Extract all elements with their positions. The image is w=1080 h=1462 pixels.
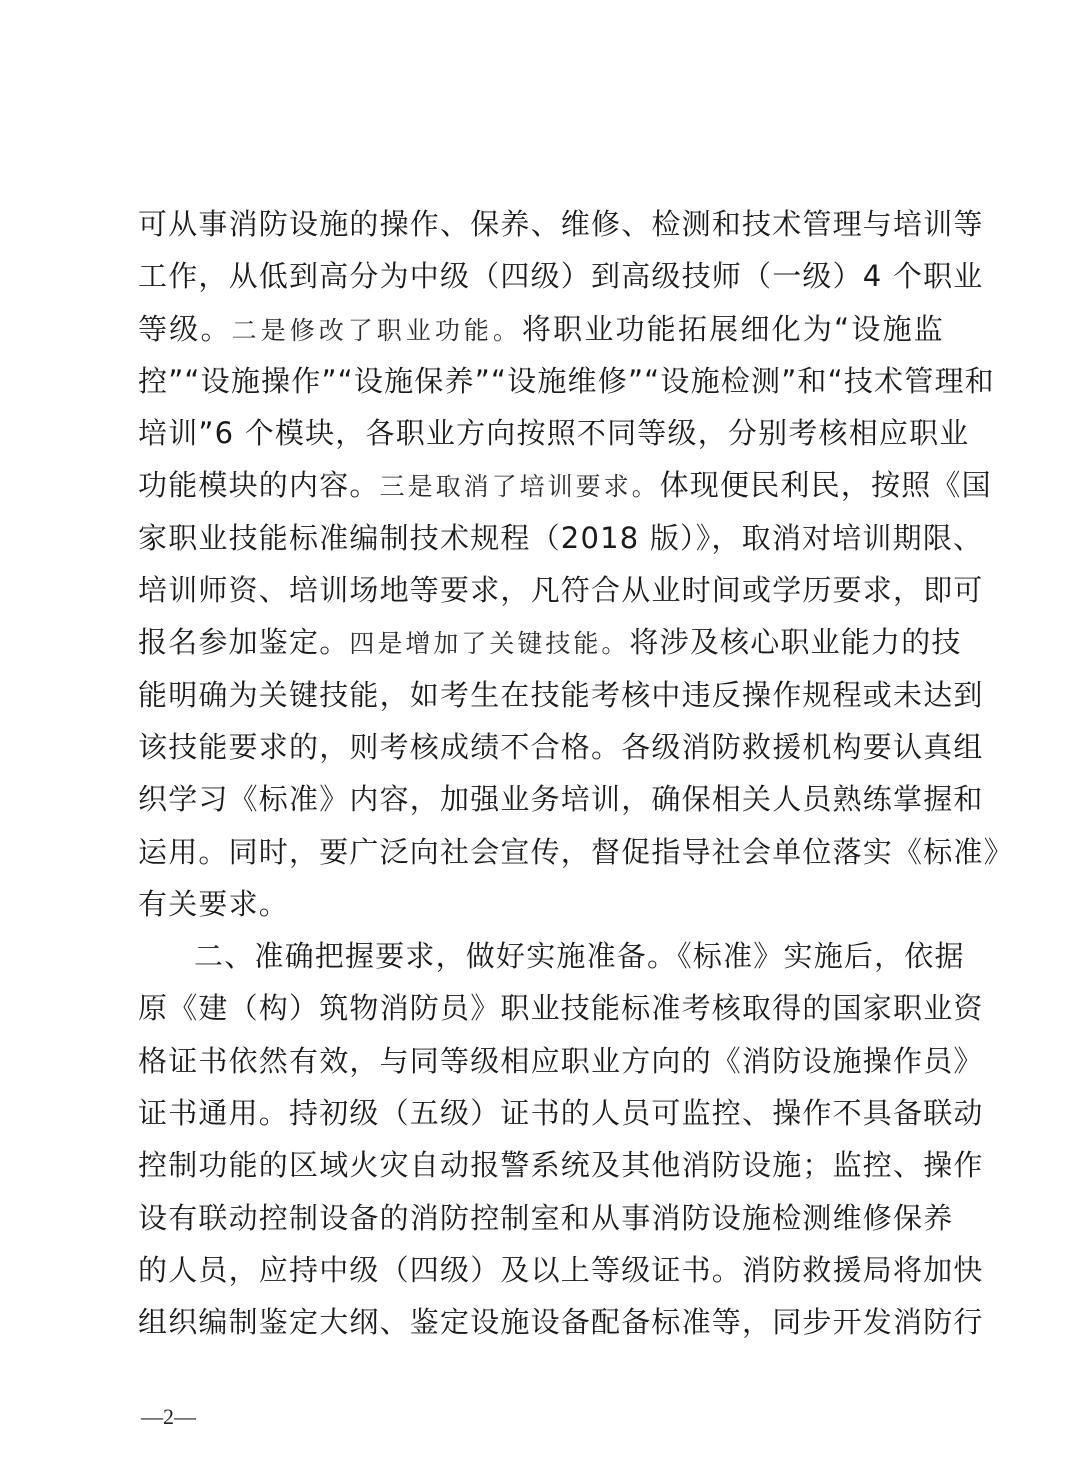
section-heading-line: 二、准确把握要求，做好实施准备。《标准》实施后，依据 — [138, 936, 944, 988]
text-line: 该技能要求的，则考核成绩不合格。各级消防救援机构要认真组 — [138, 727, 944, 779]
paragraph-1: 可从事消防设施的操作、保养、维修、检测和技术管理与培训等 工作，从低到高分为中级… — [138, 204, 944, 936]
paragraph-2: 二、准确把握要求，做好实施准备。《标准》实施后，依据 原《建（构）筑物消防员》职… — [138, 936, 944, 1354]
emphasis-heading: 二是修改了职业功能。 — [232, 316, 522, 345]
text-line: 功能模块的内容。三是取消了培训要求。体现便民利民，按照《国 — [138, 465, 944, 517]
text-line: 格证书依然有效，与同等级相应职业方向的《消防设施操作员》 — [138, 1041, 944, 1093]
text-line: 培训师资、培训场地等要求，凡符合从业时间或学历要求，即可 — [138, 570, 944, 622]
text-line: 原《建（构）筑物消防员》职业技能标准考核取得的国家职业资 — [138, 988, 944, 1040]
emphasis-heading: 四是增加了关键技能。 — [349, 629, 629, 658]
text-line: 控制功能的区域火灾自动报警系统及其他消防设施；监控、操作 — [138, 1145, 944, 1197]
text-line: 有关要求。 — [138, 884, 944, 936]
text-line: 等级。二是修改了职业功能。将职业功能拓展细化为“设施监 — [138, 309, 944, 361]
text-line: 能明确为关键技能，如考生在技能考核中违反操作规程或未达到 — [138, 675, 944, 727]
text-line: 工作，从低到高分为中级（四级）到高级技师（一级）4 个职业 — [138, 256, 944, 308]
text-line: 设有联动控制设备的消防控制室和从事消防设施检测维修保养 — [138, 1198, 944, 1250]
text-line: 控”“设施操作”“设施保养”“设施维修”“设施检测”和“技术管理和 — [138, 361, 944, 413]
text-line: 组织编制鉴定大纲、鉴定设施设备配备标准等，同步开发消防行 — [138, 1302, 944, 1354]
text-line: 运用。同时，要广泛向社会宣传，督促指导社会单位落实《标准》 — [138, 832, 944, 884]
text-line: 的人员，应持中级（四级）及以上等级证书。消防救援局将加快 — [138, 1250, 944, 1302]
text-line: 报名参加鉴定。四是增加了关键技能。将涉及核心职业能力的技 — [138, 622, 944, 674]
emphasis-heading: 三是取消了培训要求。 — [380, 472, 660, 501]
document-page: 可从事消防设施的操作、保养、维修、检测和技术管理与培训等 工作，从低到高分为中级… — [138, 204, 944, 1355]
text-line: 证书通用。持初级（五级）证书的人员可监控、操作不具备联动 — [138, 1093, 944, 1145]
text-line: 家职业技能标准编制技术规程（2018 版）》，取消对培训期限、 — [138, 518, 944, 570]
text-line: 可从事消防设施的操作、保养、维修、检测和技术管理与培训等 — [138, 204, 944, 256]
page-number: —2— — [141, 1404, 196, 1430]
text-line: 培训”6 个模块，各职业方向按照不同等级，分别考核相应职业 — [138, 413, 944, 465]
text-line: 织学习《标准》内容，加强业务培训，确保相关人员熟练掌握和 — [138, 779, 944, 831]
